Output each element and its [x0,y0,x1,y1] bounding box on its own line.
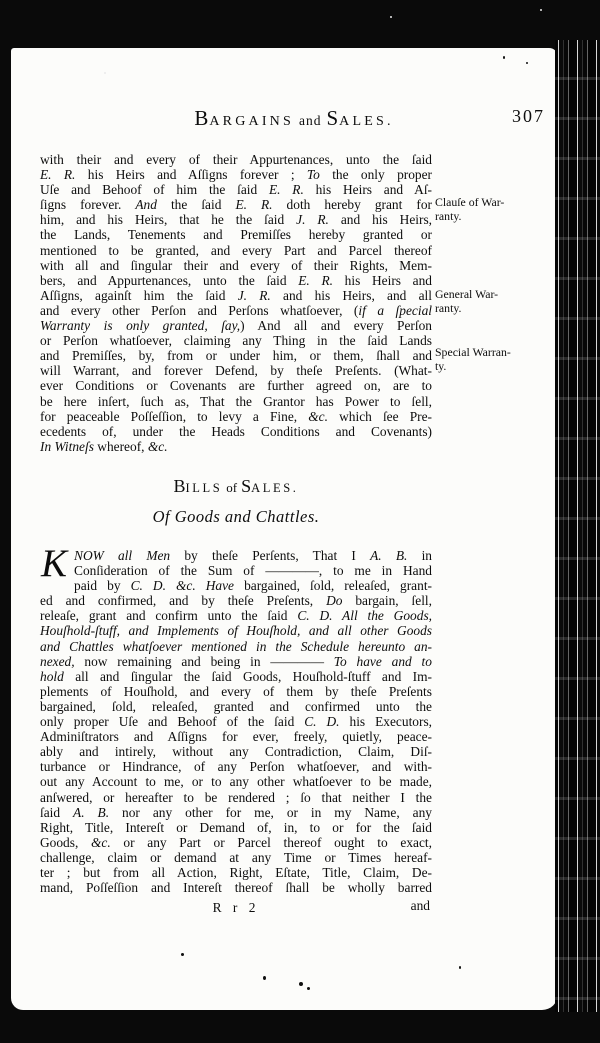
dust-speck [390,16,392,18]
dust-speck [104,72,106,74]
text-line: Houſhold-ſtuff, and Implements of Houſho… [40,623,432,638]
signature-mark: R r 2 [40,900,432,916]
running-title: BARGAINSandSALES. [41,106,547,131]
margin-note-clause-of-warranty: Clauſe of War-ranty. [435,196,533,224]
text-line: ranty. [435,302,533,316]
text-line: Special Warran- [435,346,533,360]
text-line: Adminiſtrators and Aſſigns for ever, fre… [40,729,432,744]
signature-line: R r 2 and [40,900,432,916]
drop-cap-letter: K [41,549,67,579]
text-line: Uſe and Behoof of him the ſaid E. R. his… [40,182,432,197]
text-line: challenge, claim or demand at any Time o… [40,850,432,865]
small-caps-word: BILLS [173,479,222,496]
heading-conjunction: of [226,480,237,495]
text-line: with their and every of their Appurtenan… [40,152,432,167]
text-line: Clauſe of War- [435,196,533,210]
ink-speck [307,987,310,990]
bill-of-sale-lines: NOW all Men by theſe Perſents, That I A.… [40,548,432,895]
text-line: hold all and ſingular the ſaid Goods, Ho… [40,669,432,684]
text-line: bers, and Appurtenances, unto the ſaid E… [40,273,432,288]
text-line: and Premiſſes, by, from or under him, or… [40,348,432,363]
ink-speck [503,56,505,59]
text-line: will Warrant, and forever Defend, by the… [40,363,432,378]
small-caps-word: SALES. [241,479,298,496]
ink-speck [526,62,528,64]
text-line: Right, Title, Intereſt or Demand of, in,… [40,820,432,835]
catchword: and [411,898,430,914]
text-line: ſigns forever. And the ſaid E. R. doth h… [40,197,432,212]
text-line: anſwered, or hereafter to be rendered ; … [40,790,432,805]
text-line: ably and intirely, without any Contradic… [40,744,432,759]
text-line: ed and confirmed, and by theſe Preſents,… [40,593,432,608]
ink-speck [263,976,266,980]
text-line: and every other Perſon and Perſons whatſ… [40,303,432,318]
small-caps-word: SALES. [326,112,393,129]
text-line: ter ; but from all Action, Right, Eſtate… [40,865,432,880]
text-line: bargained, ſold, releaſed, granted and c… [40,699,432,714]
text-line: him, and his Heirs, that he the ſaid J. … [40,212,432,227]
text-line: be here inſert, ſuch as, That the Granto… [40,394,432,409]
page-number: 307 [512,106,545,127]
text-line: mand, Poſſeſſion and Intereſt thereof ſh… [40,880,432,895]
text-line: for peaceable Poſſeſſion, to levy a Fine… [40,409,432,424]
text-line: Warranty is only granted, ſay,) And all … [40,318,432,333]
text-line: ever Conditions or Covenants are further… [40,378,432,393]
text-line: General War- [435,288,533,302]
text-line: out any Account to me, or to any other w… [40,774,432,789]
text-line: plements of Houſhold, and every of them … [40,684,432,699]
text-line: Aſſigns, againſt him the ſaid J. R. and … [40,288,432,303]
heading-conjunction: and [299,113,322,128]
text-line: ſaid A. B. nor any other for me, or in m… [40,805,432,820]
text-line: nexed, now remaining and being in ———— T… [40,654,432,669]
text-line: releaſe, grant and confirm unto the ſaid… [40,608,432,623]
text-line: In Witneſs whereof, &c. [40,439,432,454]
text-line: or Perſon whatſoever, claiming any Thing… [40,333,432,348]
text-line: paid by C. D. &c. Have bargained, ſold, … [40,578,432,593]
ink-speck [299,982,303,986]
text-line: mentioned to be granted, and every Part … [40,243,432,258]
ink-speck [181,953,184,956]
text-line: Goods, &c. or any Part or Parcel thereof… [40,835,432,850]
dust-speck [540,9,542,11]
text-line: the Lands, Tenements and Premiſſes hereb… [40,227,432,242]
text-line: with all and ſingular their and every of… [40,258,432,273]
book-spine-edge [555,40,600,1012]
section-heading-bills-of-sales: BILLSofSALES. [40,476,432,497]
small-caps-word: BARGAINS [194,112,294,129]
paragraph-warranty-clause: with their and every of their Appurtenan… [40,152,432,454]
text-line: ecedents of, under the Heads Conditions … [40,424,432,439]
margin-note-general-warranty: General War-ranty. [435,288,533,316]
text-line: NOW all Men by theſe Perſents, That I A.… [40,548,432,563]
text-line: E. R. his Heirs and Aſſigns forever ; To… [40,167,432,182]
text-line: turbance or Hindrance, of any Perſon wha… [40,759,432,774]
page-header: BARGAINSandSALES. 307 [41,106,547,131]
text-line: Conſideration of the Sum of ————, to me … [40,563,432,578]
paragraph-bill-of-sale-form: K NOW all Men by theſe Perſents, That I … [40,548,432,895]
text-line: ty. [435,360,533,374]
margin-note-special-warranty: Special Warran-ty. [435,346,533,374]
text-line: ranty. [435,210,533,224]
text-line: and Chattles whatſoever mentioned in the… [40,639,432,654]
ink-speck [459,966,461,969]
text-line: only proper Uſe and Behoof of the ſaid C… [40,714,432,729]
section-subheading-of-goods-and-chattles: Of Goods and Chattles. [40,507,432,527]
book-page-scan: BARGAINSandSALES. 307 with their and eve… [11,48,558,1010]
